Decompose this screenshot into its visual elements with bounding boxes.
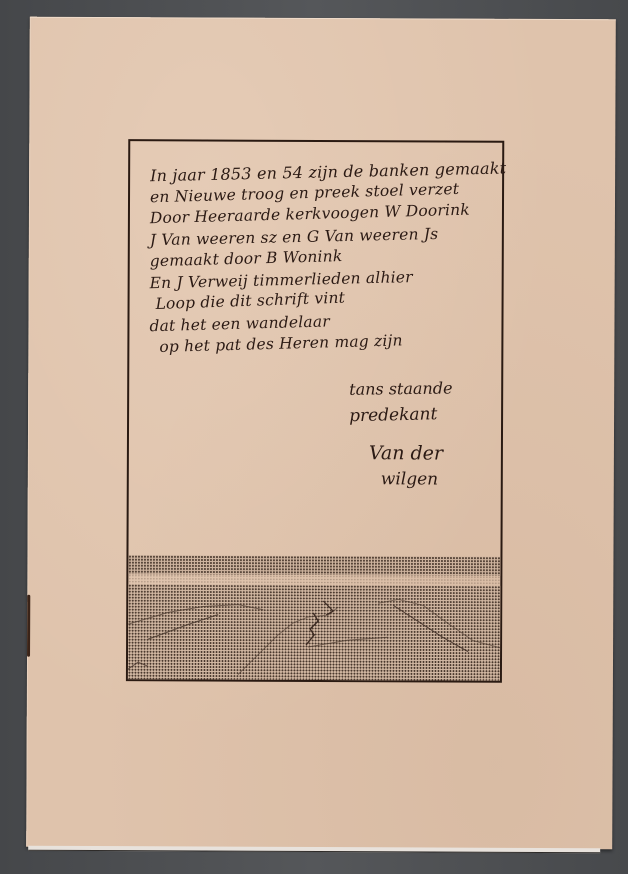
page-edge <box>28 846 600 853</box>
halftone-band <box>128 555 500 576</box>
signature-title-line2: predekant <box>329 401 453 430</box>
halftone-landscape <box>128 555 501 681</box>
signature-block: tans staande predekant Van der wilgen <box>329 376 453 493</box>
signature-name-line1: Van der <box>329 440 452 467</box>
halftone-hills <box>128 584 500 681</box>
signature-name-line2: wilgen <box>329 466 452 493</box>
booklet-cover: In jaar 1853 en 54 zijn de banken gemaak… <box>26 17 616 850</box>
signature-title-line1: tans staande <box>329 375 453 403</box>
staple <box>27 595 30 657</box>
handwritten-letter: In jaar 1853 en 54 zijn de banken gemaak… <box>149 165 495 360</box>
illustration-frame: In jaar 1853 en 54 zijn de banken gemaak… <box>126 139 504 683</box>
hills-icon <box>128 584 500 681</box>
